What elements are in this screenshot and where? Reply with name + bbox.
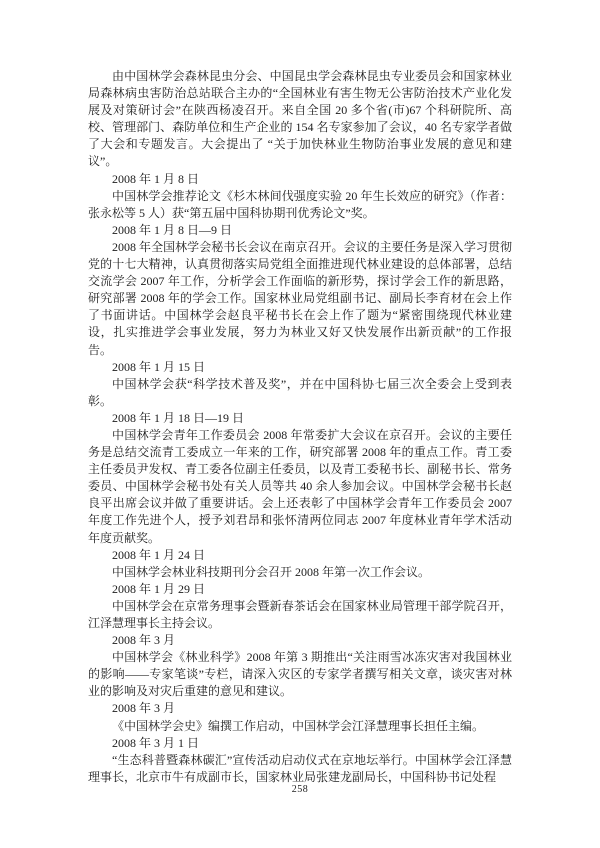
body-paragraph: 中国林学会《林业科学》2008 年第 3 期推出“关注雨雪冰冻灾害对我国林业的影… xyxy=(88,649,512,700)
body-paragraph: 由中国林学会森林昆虫分会、中国昆虫学会森林昆虫专业委员会和国家林业局森林病虫害防… xyxy=(88,68,512,171)
document-page: 由中国林学会森林昆虫分会、中国昆虫学会森林昆虫专业委员会和国家林业局森林病虫害防… xyxy=(0,0,600,848)
date-heading: 2008 年 1 月 8 日—9 日 xyxy=(88,222,512,239)
date-heading: 2008 年 3 月 xyxy=(88,700,512,717)
body-paragraph: 中国林学会林业科技期刊分会召开 2008 年第一次工作会议。 xyxy=(88,564,512,581)
date-heading: 2008 年 1 月 18 日—19 日 xyxy=(88,410,512,427)
date-heading: 2008 年 3 月 1 日 xyxy=(88,735,512,752)
date-heading: 2008 年 1 月 15 日 xyxy=(88,359,512,376)
date-heading: 2008 年 1 月 29 日 xyxy=(88,581,512,598)
text-block: 由中国林学会森林昆虫分会、中国昆虫学会森林昆虫专业委员会和国家林业局森林病虫害防… xyxy=(88,68,512,786)
date-heading: 2008 年 3 月 xyxy=(88,632,512,649)
body-paragraph: “生态科普暨森林碳汇”宣传活动启动仪式在京地坛举行。中国林学会江泽慧理事长，北京… xyxy=(88,752,512,786)
body-paragraph: 中国林学会获“科学技术普及奖”，并在中国科协七届三次全委会上受到表彰。 xyxy=(88,376,512,410)
page-number: 258 xyxy=(88,784,512,795)
body-paragraph: 《中国林学会史》编撰工作启动，中国林学会江泽慧理事长担任主编。 xyxy=(88,718,512,735)
body-paragraph: 中国林学会青年工作委员会 2008 年常委扩大会议在京召开。会议的主要任务是总结… xyxy=(88,427,512,547)
body-paragraph: 中国林学会在京常务理事会暨新春茶话会在国家林业局管理干部学院召开，江泽慧理事长主… xyxy=(88,598,512,632)
body-paragraph: 中国林学会推荐论文《杉木林间伐强度实验 20 年生长效应的研究》（作者：张永松等… xyxy=(88,188,512,222)
body-paragraph: 2008 年全国林学会秘书长会议在南京召开。会议的主要任务是深入学习贯彻党的十七… xyxy=(88,239,512,359)
date-heading: 2008 年 1 月 24 日 xyxy=(88,547,512,564)
date-heading: 2008 年 1 月 8 日 xyxy=(88,171,512,188)
